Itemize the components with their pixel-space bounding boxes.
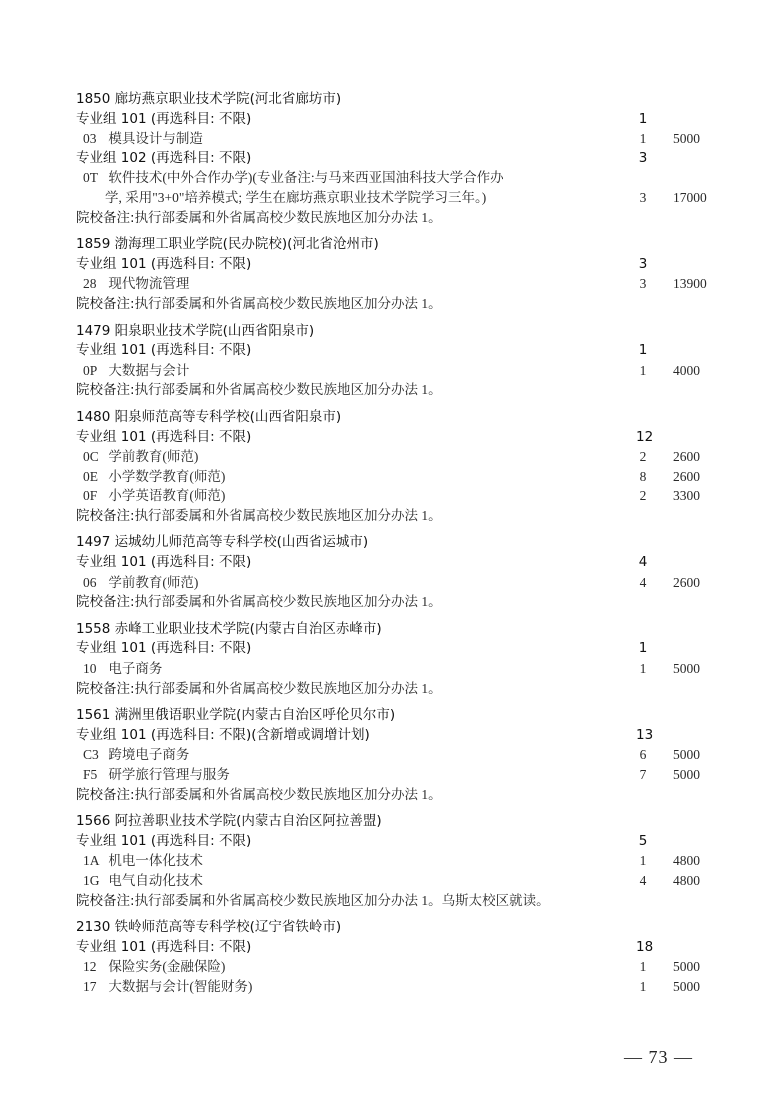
school-entry: 1850 廊坊燕京职业技术学院(河北省廊坊市) 专业组 101 (再选科目: 不…: [76, 90, 716, 227]
school-note: 院校备注:执行部委属和外省属高校少数民族地区加分办法 1。: [76, 679, 716, 699]
group-count: 12: [636, 428, 650, 448]
major-fee: 4800: [673, 851, 700, 871]
note-text: 执行部委属和外省属高校少数民族地区加分办法 1。乌斯太校区就读。: [135, 893, 550, 908]
note-label: 院校备注:: [76, 787, 135, 803]
major-name: 跨境电子商务: [108, 747, 189, 762]
major-code: F5: [83, 765, 105, 785]
major-count: 3: [636, 188, 650, 208]
major-code: 0E: [83, 467, 105, 487]
school-entry: 1479 阳泉职业技术学院(山西省阳泉市) 专业组 101 (再选科目: 不限)…: [76, 322, 716, 400]
major-fee: 5000: [673, 129, 700, 149]
major-name: 机电一体化技术: [108, 853, 203, 868]
major-count: 1: [636, 129, 650, 149]
major-fee: 5000: [673, 765, 700, 785]
school-entry: 1561 满洲里俄语职业学院(内蒙古自治区呼伦贝尔市) 专业组 101 (再选科…: [76, 706, 716, 804]
note-label: 院校备注:: [76, 210, 135, 226]
school-header: 2130 铁岭师范高等专科学校(辽宁省铁岭市): [76, 918, 716, 938]
note-label: 院校备注:: [76, 296, 135, 312]
group-count: 3: [636, 255, 650, 275]
note-text: 执行部委属和外省属高校少数民族地区加分办法 1。: [135, 382, 442, 397]
major-code: 17: [83, 977, 105, 997]
major-group-row: 专业组 101 (再选科目: 不限) 3: [76, 255, 716, 275]
note-text: 执行部委属和外省属高校少数民族地区加分办法 1。: [135, 508, 442, 523]
major-row: 0E 小学数学教育(师范) 8 2600: [76, 467, 716, 487]
group-label: 专业组 101 (再选科目: 不限): [76, 429, 251, 445]
major-fee: 2600: [673, 447, 700, 467]
major-code: 0T: [83, 168, 105, 188]
group-count: 1: [636, 639, 650, 659]
major-fee: 3300: [673, 486, 700, 506]
major-fee: 5000: [673, 977, 700, 997]
major-row: C3 跨境电子商务 6 5000: [76, 745, 716, 765]
major-fee: 4800: [673, 871, 700, 891]
major-name: 大数据与会计: [108, 363, 189, 378]
school-header: 1561 满洲里俄语职业学院(内蒙古自治区呼伦贝尔市): [76, 706, 716, 726]
major-count: 1: [636, 659, 650, 679]
major-code: 0F: [83, 486, 105, 506]
major-row: 12 保险实务(金融保险) 1 5000: [76, 957, 716, 977]
major-code: 10: [83, 659, 105, 679]
document-page: 1850 廊坊燕京职业技术学院(河北省廊坊市) 专业组 101 (再选科目: 不…: [76, 90, 716, 1005]
note-label: 院校备注:: [76, 893, 135, 909]
major-code: 1G: [83, 871, 105, 891]
major-name: 电子商务: [108, 661, 162, 676]
note-text: 执行部委属和外省属高校少数民族地区加分办法 1。: [135, 296, 442, 311]
note-text: 执行部委属和外省属高校少数民族地区加分办法 1。: [135, 210, 442, 225]
major-row: 0C 学前教育(师范) 2 2600: [76, 447, 716, 467]
group-label: 专业组 102 (再选科目: 不限): [76, 150, 251, 166]
major-code: 12: [83, 957, 105, 977]
major-name: 电气自动化技术: [108, 873, 203, 888]
group-count: 1: [636, 341, 650, 361]
school-header: 1566 阿拉善职业技术学院(内蒙古自治区阿拉善盟): [76, 812, 716, 832]
major-count: 3: [636, 274, 650, 294]
note-text: 执行部委属和外省属高校少数民族地区加分办法 1。: [135, 787, 442, 802]
major-row: 1A 机电一体化技术 1 4800: [76, 851, 716, 871]
major-code: C3: [83, 745, 105, 765]
school-entry: 1480 阳泉师范高等专科学校(山西省阳泉市) 专业组 101 (再选科目: 不…: [76, 408, 716, 526]
major-count: 8: [636, 467, 650, 487]
major-group-row: 专业组 101 (再选科目: 不限) 1: [76, 341, 716, 361]
major-row: 17 大数据与会计(智能财务) 1 5000: [76, 977, 716, 997]
major-name: 小学数学教育(师范): [108, 469, 225, 484]
group-count: 1: [636, 110, 650, 130]
major-name: 大数据与会计(智能财务): [108, 979, 252, 994]
group-count: 4: [636, 553, 650, 573]
major-group-row: 专业组 101 (再选科目: 不限) 1: [76, 110, 716, 130]
major-group-row: 专业组 101 (再选科目: 不限) 18: [76, 938, 716, 958]
major-row: 0F 小学英语教育(师范) 2 3300: [76, 486, 716, 506]
major-count: 4: [636, 871, 650, 891]
school-entry: 1558 赤峰工业职业技术学院(内蒙古自治区赤峰市) 专业组 101 (再选科目…: [76, 620, 716, 698]
note-text: 执行部委属和外省属高校少数民族地区加分办法 1。: [135, 594, 442, 609]
major-group-row: 专业组 101 (再选科目: 不限) 12: [76, 428, 716, 448]
major-count: 2: [636, 486, 650, 506]
major-fee: 5000: [673, 745, 700, 765]
group-label: 专业组 101 (再选科目: 不限): [76, 554, 251, 570]
major-group-row: 专业组 102 (再选科目: 不限) 3: [76, 149, 716, 169]
major-row: 10 电子商务 1 5000: [76, 659, 716, 679]
major-fee: 5000: [673, 957, 700, 977]
school-entry: 2130 铁岭师范高等专科学校(辽宁省铁岭市) 专业组 101 (再选科目: 不…: [76, 918, 716, 996]
major-fee: 4000: [673, 361, 700, 381]
note-label: 院校备注:: [76, 594, 135, 610]
school-note: 院校备注:执行部委属和外省属高校少数民族地区加分办法 1。: [76, 592, 716, 612]
major-name-continued: 学, 采用"3+0"培养模式; 学生在廊坊燕京职业技术学院学习三年。): [105, 190, 486, 205]
major-name: 研学旅行管理与服务: [108, 767, 230, 782]
school-header: 1859 渤海理工职业学院(民办院校)(河北省沧州市): [76, 235, 716, 255]
major-count: 1: [636, 957, 650, 977]
school-note: 院校备注:执行部委属和外省属高校少数民族地区加分办法 1。: [76, 208, 716, 228]
school-entry: 1566 阿拉善职业技术学院(内蒙古自治区阿拉善盟) 专业组 101 (再选科目…: [76, 812, 716, 910]
major-group-row: 专业组 101 (再选科目: 不限) 4: [76, 553, 716, 573]
major-name: 小学英语教育(师范): [108, 488, 225, 503]
group-label: 专业组 101 (再选科目: 不限): [76, 939, 251, 955]
school-note: 院校备注:执行部委属和外省属高校少数民族地区加分办法 1。: [76, 380, 716, 400]
major-name: 软件技术(中外合作办学)(专业备注:与马来西亚国油科技大学合作办: [108, 170, 503, 185]
major-fee: 5000: [673, 659, 700, 679]
group-label: 专业组 101 (再选科目: 不限): [76, 256, 251, 272]
note-label: 院校备注:: [76, 508, 135, 524]
group-label: 专业组 101 (再选科目: 不限): [76, 342, 251, 358]
major-count: 6: [636, 745, 650, 765]
major-fee: 17000: [673, 188, 707, 208]
major-code: 06: [83, 573, 105, 593]
group-count: 18: [636, 938, 650, 958]
group-count: 13: [636, 726, 650, 746]
school-entry: 1497 运城幼儿师范高等专科学校(山西省运城市) 专业组 101 (再选科目:…: [76, 533, 716, 611]
major-group-row: 专业组 101 (再选科目: 不限) 1: [76, 639, 716, 659]
major-count: 7: [636, 765, 650, 785]
major-row: 0P 大数据与会计 1 4000: [76, 361, 716, 381]
major-code: 1A: [83, 851, 105, 871]
group-count: 5: [636, 832, 650, 852]
major-row: 03 模具设计与制造 1 5000: [76, 129, 716, 149]
major-code: 28: [83, 274, 105, 294]
major-group-row: 专业组 101 (再选科目: 不限)(含新增或调增计划) 13: [76, 726, 716, 746]
group-label: 专业组 101 (再选科目: 不限)(含新增或调增计划): [76, 727, 370, 743]
school-header: 1497 运城幼儿师范高等专科学校(山西省运城市): [76, 533, 716, 553]
school-header: 1480 阳泉师范高等专科学校(山西省阳泉市): [76, 408, 716, 428]
major-count: 2: [636, 447, 650, 467]
note-label: 院校备注:: [76, 382, 135, 398]
school-entry: 1859 渤海理工职业学院(民办院校)(河北省沧州市) 专业组 101 (再选科…: [76, 235, 716, 313]
major-row: 28 现代物流管理 3 13900: [76, 274, 716, 294]
major-name: 模具设计与制造: [108, 131, 203, 146]
major-count: 4: [636, 573, 650, 593]
school-note: 院校备注:执行部委属和外省属高校少数民族地区加分办法 1。乌斯太校区就读。: [76, 891, 716, 911]
page-number: — 73 —: [624, 1047, 693, 1068]
major-count: 1: [636, 977, 650, 997]
major-name: 学前教育(师范): [108, 449, 198, 464]
major-code: 03: [83, 129, 105, 149]
major-fee: 2600: [673, 573, 700, 593]
group-label: 专业组 101 (再选科目: 不限): [76, 640, 251, 656]
school-note: 院校备注:执行部委属和外省属高校少数民族地区加分办法 1。: [76, 785, 716, 805]
major-fee: 2600: [673, 467, 700, 487]
major-name: 学前教育(师范): [108, 575, 198, 590]
group-label: 专业组 101 (再选科目: 不限): [76, 833, 251, 849]
major-code: 0C: [83, 447, 105, 467]
note-text: 执行部委属和外省属高校少数民族地区加分办法 1。: [135, 681, 442, 696]
school-header: 1850 廊坊燕京职业技术学院(河北省廊坊市): [76, 90, 716, 110]
school-header: 1558 赤峰工业职业技术学院(内蒙古自治区赤峰市): [76, 620, 716, 640]
major-count: 1: [636, 851, 650, 871]
major-name: 保险实务(金融保险): [108, 959, 225, 974]
major-count: 1: [636, 361, 650, 381]
major-name: 现代物流管理: [108, 276, 189, 291]
group-label: 专业组 101 (再选科目: 不限): [76, 111, 251, 127]
major-row: F5 研学旅行管理与服务 7 5000: [76, 765, 716, 785]
major-row: 0T 软件技术(中外合作办学)(专业备注:与马来西亚国油科技大学合作办: [76, 168, 716, 188]
school-header: 1479 阳泉职业技术学院(山西省阳泉市): [76, 322, 716, 342]
note-label: 院校备注:: [76, 681, 135, 697]
major-row-continued: 学, 采用"3+0"培养模式; 学生在廊坊燕京职业技术学院学习三年。) 3 17…: [76, 188, 716, 208]
school-note: 院校备注:执行部委属和外省属高校少数民族地区加分办法 1。: [76, 294, 716, 314]
major-row: 06 学前教育(师范) 4 2600: [76, 573, 716, 593]
school-note: 院校备注:执行部委属和外省属高校少数民族地区加分办法 1。: [76, 506, 716, 526]
group-count: 3: [636, 149, 650, 169]
major-code: 0P: [83, 361, 105, 381]
major-row: 1G 电气自动化技术 4 4800: [76, 871, 716, 891]
major-fee: 13900: [673, 274, 707, 294]
major-group-row: 专业组 101 (再选科目: 不限) 5: [76, 832, 716, 852]
